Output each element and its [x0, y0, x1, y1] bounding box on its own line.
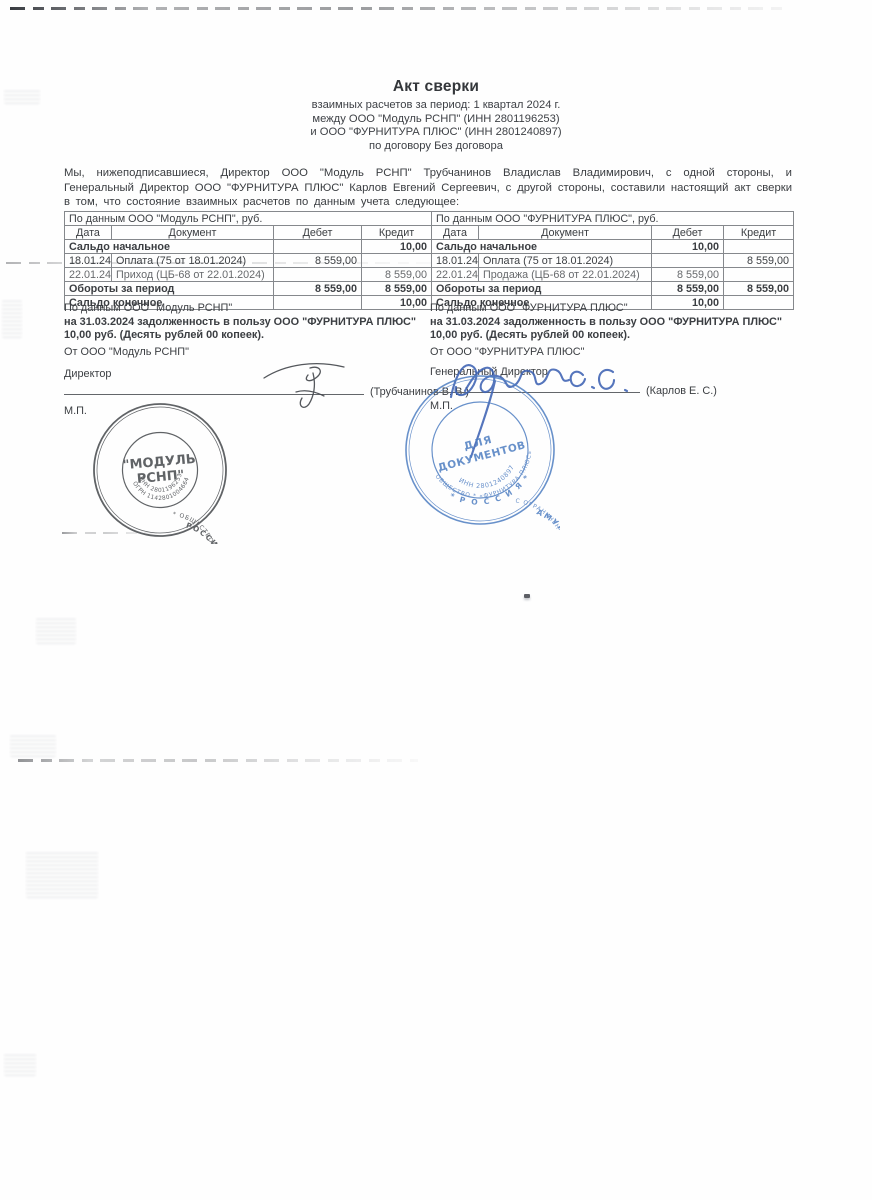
- svg-text:ОГРН 1142801004664: ОГРН 1142801004664: [131, 476, 193, 505]
- scan-dot-artifact: [524, 594, 530, 598]
- svg-text:ОБЩЕСТВО * «ФУРНИТУРА ПЛЮС»: ОБЩЕСТВО * «ФУРНИТУРА ПЛЮС»: [433, 448, 543, 511]
- left-stamp-center-line2: РСНП": [136, 468, 185, 487]
- scan-smudge: [4, 1052, 36, 1076]
- op-debit: 8 559,00: [274, 254, 362, 268]
- right-stamp-inn-text: ИНН 2801240897: [456, 462, 520, 497]
- op-date: 22.01.24: [432, 268, 479, 282]
- left-summary-debt: на 31.03.2024 задолженность в пользу ООО…: [64, 316, 420, 343]
- opening-debit: 10,00: [652, 240, 724, 254]
- turnover-label: Обороты за период: [65, 282, 274, 296]
- turnover-credit: 8 559,00: [362, 282, 432, 296]
- left-role-label: Директор: [64, 368, 111, 380]
- op-debit: 8 559,00: [652, 268, 724, 282]
- opening-balance-row: Сальдо начальное 10,00 Сальдо начальное …: [65, 240, 794, 254]
- turnover-debit: 8 559,00: [274, 282, 362, 296]
- scan-artifact-stamp-streak: [62, 532, 157, 534]
- left-stamp-center-line1: "МОДУЛЬ: [122, 452, 196, 473]
- col-header-credit: Кредит: [362, 226, 432, 240]
- turnover-credit: 8 559,00: [724, 282, 794, 296]
- left-summary: По данным ООО "Модуль РСНП" на 31.03.202…: [64, 302, 420, 343]
- left-stamp-ogrn-text: ОГРН 1142801004664: [131, 476, 193, 505]
- op-debit: [652, 254, 724, 268]
- subtitle-party-2: и ООО "ФУРНИТУРА ПЛЮС" (ИНН 2801240897): [0, 126, 872, 140]
- right-from-label: От ООО "ФУРНИТУРА ПЛЮС": [430, 346, 584, 358]
- col-header-debit: Дебет: [652, 226, 724, 240]
- left-stamp-middle-ring-text: * ОБЩЕСТВО С ОГРАНИЧЕННОЙ ОТВЕТСТВЕННОСТ…: [113, 507, 224, 544]
- right-signature-line: [430, 392, 640, 393]
- left-stamp-place-label: М.П.: [64, 405, 87, 417]
- left-signature-line: [64, 394, 364, 395]
- subtitle-contract: по договору Без договора: [0, 140, 872, 154]
- svg-text:АМУРСКАЯ ОБЛАСТЬ * Г. БЛАГОВЕЩ: АМУРСКАЯ ОБЛАСТЬ * Г. БЛАГОВЕЩЕНСК: [430, 500, 560, 530]
- right-stamp-place-label: М.П.: [430, 400, 453, 412]
- left-from-label: От ООО "Модуль РСНП": [64, 346, 189, 358]
- opening-debit: [274, 240, 362, 254]
- right-stamp-center-line2: ДОКУМЕНТОВ: [437, 439, 527, 474]
- col-header-debit: Дебет: [274, 226, 362, 240]
- svg-text:РОССИЯ, АМУРСКАЯ ОБЛАСТЬ, Г. Б: РОССИЯ, АМУРСКАЯ ОБЛАСТЬ, Г. БЛАГОВЕЩЕНС…: [102, 517, 235, 544]
- right-role-label: Генеральный Директор: [430, 366, 548, 378]
- right-summary: По данным ООО "ФУРНИТУРА ПЛЮС" на 31.03.…: [430, 302, 792, 343]
- scan-artifact-mid-streak: [18, 759, 418, 762]
- scan-artifact-top-streak: [10, 7, 782, 10]
- op-debit: [274, 268, 362, 282]
- scan-smudge: [2, 300, 22, 338]
- table-caption-row: По данным ООО "Модуль РСНП", руб. По дан…: [65, 212, 794, 226]
- col-header-doc: Документ: [479, 226, 652, 240]
- left-stamp-inn-text: ИНН 2801196253: [137, 472, 185, 496]
- opening-balance-label: Сальдо начальное: [432, 240, 652, 254]
- left-handwritten-signature: [258, 352, 378, 414]
- svg-text:ИНН 2801240897: ИНН 2801240897: [456, 462, 520, 497]
- op-date: 22.01.24: [65, 268, 112, 282]
- scan-smudge: [26, 850, 98, 898]
- right-stamp-outer-ring-top-text: АМУРСКАЯ ОБЛАСТЬ * Г. БЛАГОВЕЩЕНСК: [430, 500, 560, 530]
- op-document: Оплата (75 от 18.01.2024): [479, 254, 652, 268]
- col-header-date: Дата: [65, 226, 112, 240]
- svg-text:С ОГРАНИЧЕННОЙ ОТВЕТСТВЕННОСТЬ: С ОГРАНИЧЕННОЙ ОТВЕТСТВЕННОСТЬЮ * ОГРН: [470, 489, 560, 530]
- svg-text:* ОБЩЕСТВО С ОГРАНИЧЕННОЙ ОТВЕ: * ОБЩЕСТВО С ОГРАНИЧЕННОЙ ОТВЕТСТВЕННОСТ…: [113, 507, 224, 544]
- left-stamp-outer-ring-text: РОССИЯ, АМУРСКАЯ ОБЛАСТЬ, Г. БЛАГОВЕЩЕНС…: [102, 517, 235, 544]
- document-header: Акт сверки взаимных расчетов за период: …: [0, 78, 872, 153]
- op-date: 18.01.24: [432, 254, 479, 268]
- right-stamp-center-line1: ДЛЯ: [463, 434, 494, 453]
- op-credit: 8 559,00: [724, 254, 794, 268]
- left-company-stamp: РОССИЯ, АМУРСКАЯ ОБЛАСТЬ, Г. БЛАГОВЕЩЕНС…: [85, 398, 235, 544]
- reconciliation-table: По данным ООО "Модуль РСНП", руб. По дан…: [64, 211, 794, 310]
- right-summary-debt: на 31.03.2024 задолженность в пользу ООО…: [430, 316, 792, 343]
- op-credit: 8 559,00: [362, 268, 432, 282]
- left-summary-source: По данным ООО "Модуль РСНП": [64, 302, 420, 316]
- op-document: Оплата (75 от 18.01.2024): [112, 254, 274, 268]
- right-signer-name: (Карлов Е. С.): [646, 385, 717, 397]
- right-stamp-middle-ring-bottom-text: ОБЩЕСТВО * «ФУРНИТУРА ПЛЮС»: [433, 448, 543, 511]
- col-header-credit: Кредит: [724, 226, 794, 240]
- turnover-row: Обороты за период 8 559,00 8 559,00 Обор…: [65, 282, 794, 296]
- col-header-date: Дата: [432, 226, 479, 240]
- op-document: Продажа (ЦБ-68 от 22.01.2024): [479, 268, 652, 282]
- document-title: Акт сверки: [0, 78, 872, 96]
- op-document: Приход (ЦБ-68 от 22.01.2024): [112, 268, 274, 282]
- subtitle-party-1: между ООО "Модуль РСНП" (ИНН 2801196253): [0, 113, 872, 127]
- table-header-row: Дата Документ Дебет Кредит Дата Документ…: [65, 226, 794, 240]
- scan-smudge: [10, 735, 56, 757]
- intro-paragraph: Мы, нижеподписавшиеся, Директор ООО "Мод…: [64, 166, 792, 210]
- scanned-document-page: Акт сверки взаимных расчетов за период: …: [0, 0, 872, 1200]
- turnover-label: Обороты за период: [432, 282, 652, 296]
- operation-row: 18.01.24 Оплата (75 от 18.01.2024) 8 559…: [65, 254, 794, 268]
- operation-row: 22.01.24 Приход (ЦБ-68 от 22.01.2024) 8 …: [65, 268, 794, 282]
- subtitle-period: взаимных расчетов за период: 1 квартал 2…: [0, 99, 872, 113]
- right-summary-source: По данным ООО "ФУРНИТУРА ПЛЮС": [430, 302, 792, 316]
- op-credit: [724, 268, 794, 282]
- opening-credit: [724, 240, 794, 254]
- turnover-debit: 8 559,00: [652, 282, 724, 296]
- right-stamp-middle-ring-top-text: С ОГРАНИЧЕННОЙ ОТВЕТСТВЕННОСТЬЮ * ОГРН: [470, 489, 560, 530]
- right-table-caption: По данным ООО "ФУРНИТУРА ПЛЮС", руб.: [432, 212, 794, 226]
- left-table-caption: По данным ООО "Модуль РСНП", руб.: [65, 212, 432, 226]
- svg-text:ИНН 2801196253: ИНН 2801196253: [137, 472, 185, 496]
- op-date: 18.01.24: [65, 254, 112, 268]
- svg-text:* Р О С С И Я *: * Р О С С И Я *: [447, 470, 537, 515]
- opening-balance-label: Сальдо начальное: [65, 240, 274, 254]
- right-stamp-outer-ring-bottom-text: * Р О С С И Я *: [447, 470, 537, 515]
- col-header-doc: Документ: [112, 226, 274, 240]
- opening-credit: 10,00: [362, 240, 432, 254]
- op-credit: [362, 254, 432, 268]
- scan-smudge: [36, 618, 76, 644]
